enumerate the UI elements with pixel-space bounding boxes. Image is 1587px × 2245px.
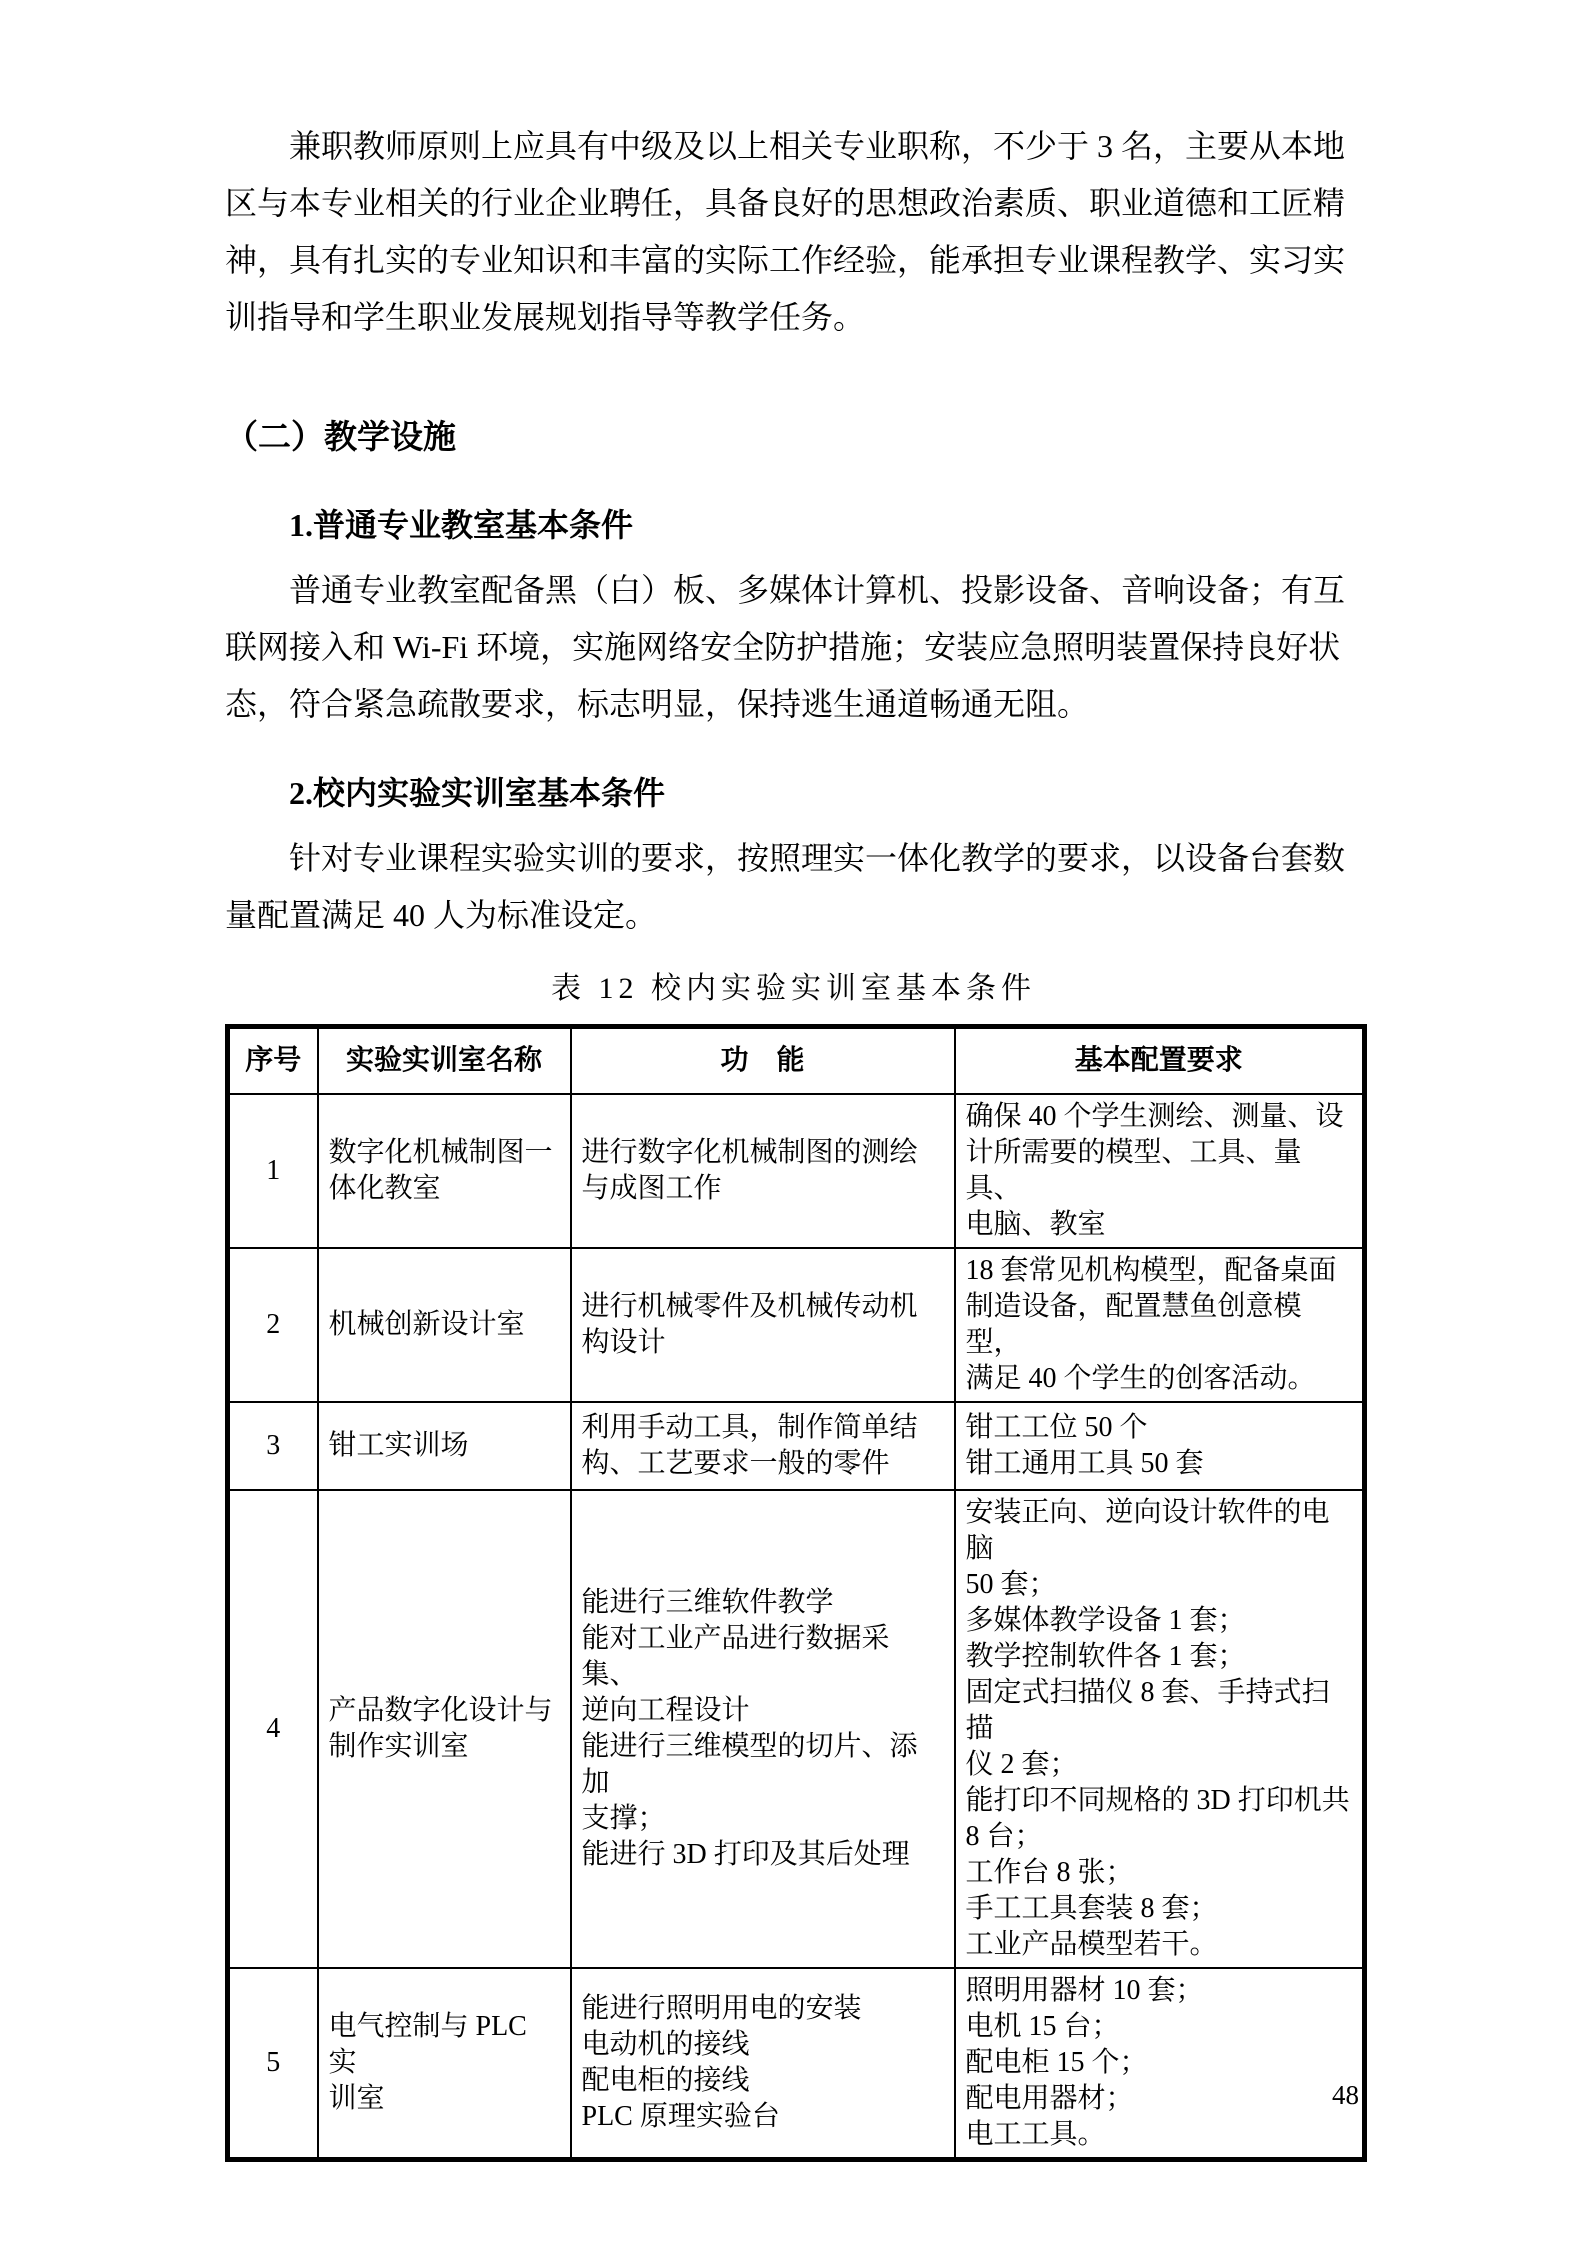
section-heading-teaching-facilities: （二）教学设施 (225, 408, 1362, 465)
cell-function: 进行机械零件及机械传动机 构设计 (571, 1248, 955, 1402)
header-cell-room-name: 实验实训室名称 (318, 1027, 571, 1095)
cell-number: 4 (228, 1490, 318, 1968)
cell-room-name: 电气控制与 PLC 实 训室 (318, 1968, 571, 2160)
cell-number: 3 (228, 1402, 318, 1490)
paragraph-training-room-conditions: 针对专业课程实验实训的要求，按照理实一体化教学的要求，以设备台套数 量配置满足 … (225, 830, 1362, 944)
cell-function: 进行数字化机械制图的测绘 与成图工作 (571, 1094, 955, 1248)
cell-room-name: 机械创新设计室 (318, 1248, 571, 1402)
table-header-row: 序号 实验实训室名称 功 能 基本配置要求 (228, 1027, 1365, 1095)
table-row: 4 产品数字化设计与 制作实训室 能进行三维软件教学 能对工业产品进行数据采集、… (228, 1490, 1365, 1968)
table-row: 1 数字化机械制图一 体化教室 进行数字化机械制图的测绘 与成图工作 确保 40… (228, 1094, 1365, 1248)
paragraph-part-time-teachers: 兼职教师原则上应具有中级及以上相关专业职称，不少于 3 名，主要从本地 区与本专… (225, 118, 1362, 346)
cell-room-name: 数字化机械制图一 体化教室 (318, 1094, 571, 1248)
cell-function: 能进行照明用电的安装 电动机的接线 配电柜的接线 PLC 原理实验台 (571, 1968, 955, 2160)
table-row: 5 电气控制与 PLC 实 训室 能进行照明用电的安装 电动机的接线 配电柜的接… (228, 1968, 1365, 2160)
header-cell-config: 基本配置要求 (955, 1027, 1365, 1095)
table-row: 3 钳工实训场 利用手动工具，制作简单结 构、工艺要求一般的零件 钳工工位 50… (228, 1402, 1365, 1490)
cell-config: 钳工工位 50 个 钳工通用工具 50 套 (955, 1402, 1365, 1490)
cell-function: 利用手动工具，制作简单结 构、工艺要求一般的零件 (571, 1402, 955, 1490)
subsection-heading-training-room-conditions: 2.校内实验实训室基本条件 (225, 765, 1362, 822)
cell-number: 2 (228, 1248, 318, 1402)
subsection-heading-classroom-conditions: 1.普通专业教室基本条件 (225, 497, 1362, 554)
document-page: 兼职教师原则上应具有中级及以上相关专业职称，不少于 3 名，主要从本地 区与本专… (0, 0, 1587, 2245)
page-content: 兼职教师原则上应具有中级及以上相关专业职称，不少于 3 名，主要从本地 区与本专… (225, 0, 1362, 2162)
training-room-table: 序号 实验实训室名称 功 能 基本配置要求 1 数字化机械制图一 体化教室 进行… (225, 1024, 1367, 2162)
cell-room-name: 产品数字化设计与 制作实训室 (318, 1490, 571, 1968)
cell-room-name: 钳工实训场 (318, 1402, 571, 1490)
header-cell-function: 功 能 (571, 1027, 955, 1095)
cell-number: 1 (228, 1094, 318, 1248)
header-cell-number: 序号 (228, 1027, 318, 1095)
cell-config: 照明用器材 10 套； 电机 15 台； 配电柜 15 个； 配电用器材； 电工… (955, 1968, 1365, 2160)
cell-config: 确保 40 个学生测绘、测量、设 计所需要的模型、工具、量具、 电脑、教室 (955, 1094, 1365, 1248)
cell-config: 18 套常见机构模型，配备桌面 制造设备，配置慧鱼创意模型， 满足 40 个学生… (955, 1248, 1365, 1402)
paragraph-classroom-conditions: 普通专业教室配备黑（白）板、多媒体计算机、投影设备、音响设备；有互 联网接入和 … (225, 562, 1362, 733)
cell-config: 安装正向、逆向设计软件的电脑 50 套； 多媒体教学设备 1 套； 教学控制软件… (955, 1490, 1365, 1968)
page-number: 48 (1332, 2078, 1359, 2112)
cell-number: 5 (228, 1968, 318, 2160)
table-caption: 表 12 校内实验实训室基本条件 (225, 966, 1362, 1012)
cell-function: 能进行三维软件教学 能对工业产品进行数据采集、 逆向工程设计 能进行三维模型的切… (571, 1490, 955, 1968)
table-row: 2 机械创新设计室 进行机械零件及机械传动机 构设计 18 套常见机构模型，配备… (228, 1248, 1365, 1402)
